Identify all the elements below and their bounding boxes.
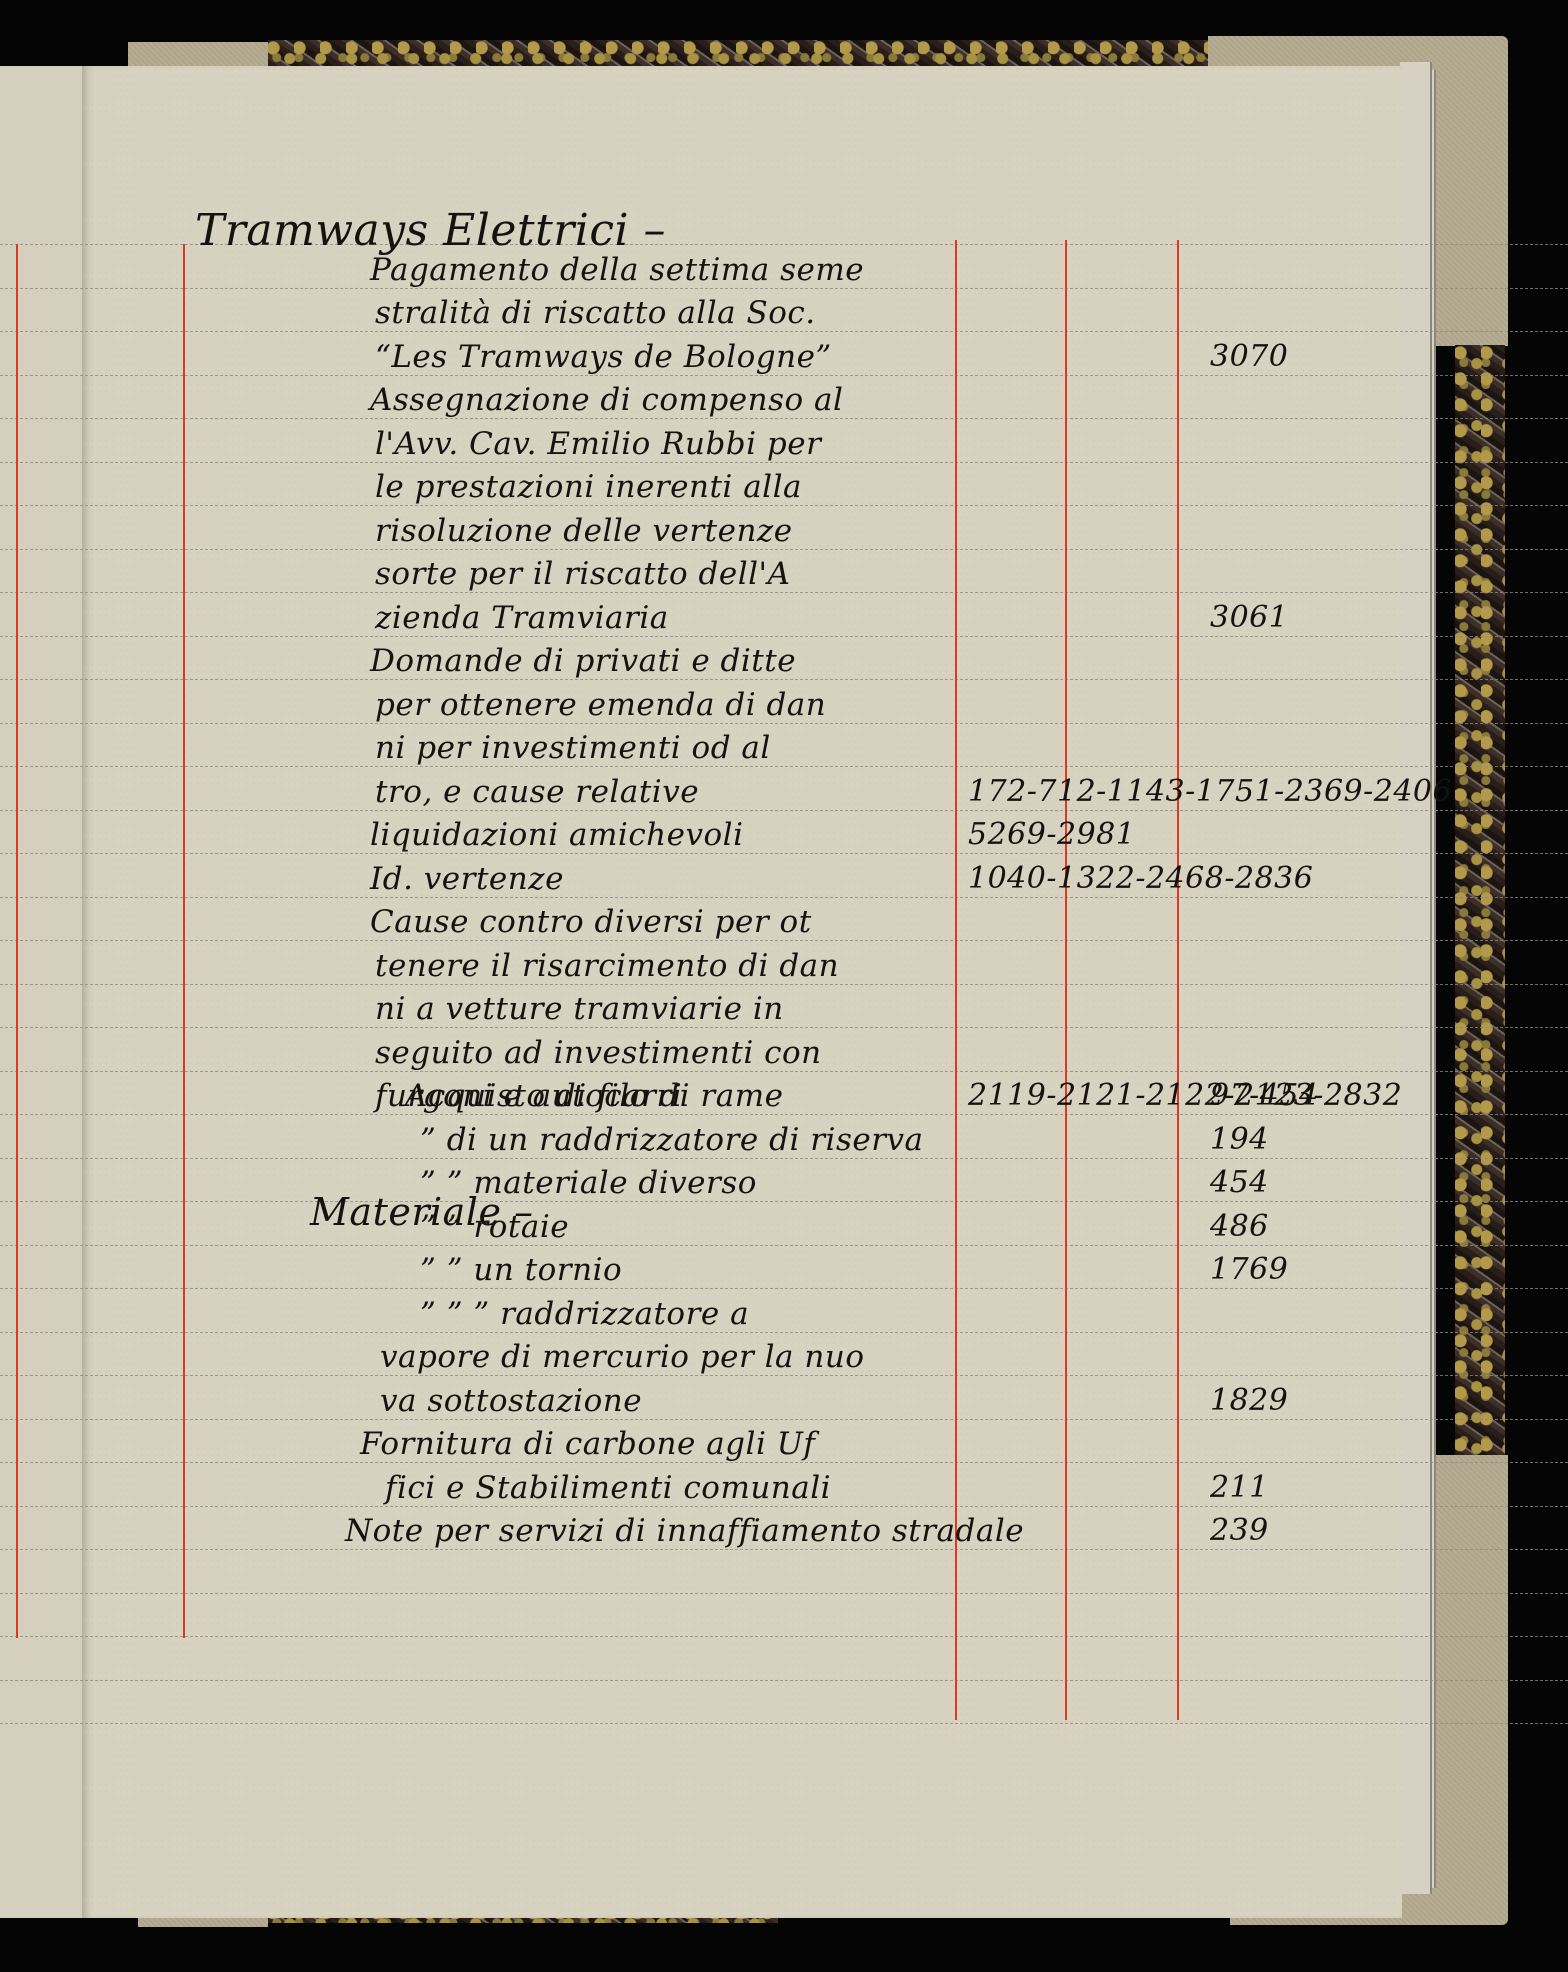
entry-text-line: seguito ad investimenti con [375,1035,822,1071]
entry-text-line: va sottostazione [380,1383,642,1419]
ruled-line [0,1549,1568,1550]
entry-text-line: “Les Tramways de Bologne” [375,339,832,375]
entry-text-line: Id. vertenze [370,861,564,897]
marbled-cover-edge [268,40,1208,66]
ruled-line [0,1245,1568,1246]
entry-text-line: per ottenere emenda di dan [375,687,826,723]
ruled-line [0,1462,1568,1463]
facing-left-page [0,66,84,1918]
ruled-line [0,1419,1568,1420]
ruled-line [0,984,1568,985]
ruled-line [0,636,1568,637]
ruled-line [0,940,1568,941]
reference-numbers: 454 [1210,1165,1269,1200]
entry-text-line: Fornitura di carbone agli Uf [360,1426,815,1462]
entry-text-line: Domande di privati e ditte [370,643,796,679]
ruled-line [0,1593,1568,1594]
entry-text-line: ” di un raddrizzatore di riserva [420,1122,924,1158]
entry-text-line: ” ” materiale diverso [420,1165,757,1201]
ruled-line [0,679,1568,680]
entry-text-line: sorte per il riscatto dell'A [375,556,790,592]
entry-text-line: tenere il risarcimento di dan [375,948,839,984]
entry-text-line: tro, e cause relative [375,774,699,810]
ruled-line [0,505,1568,506]
reference-numbers: 211 [1210,1470,1269,1505]
reference-numbers: 1040-1322-2468-2836 [968,861,1313,896]
entry-text-line: ni per investimenti od al [375,730,771,766]
ruled-line [0,462,1568,463]
reference-numbers: 3061 [1210,600,1288,635]
section-heading: Tramways Elettrici – [195,205,666,256]
ruled-line [0,897,1568,898]
entry-text-line: Cause contro diversi per ot [370,904,812,940]
reference-numbers: 3070 [1210,339,1288,374]
ruled-line [0,1158,1568,1159]
reference-numbers: 1769 [1210,1252,1288,1287]
ruled-line [0,1375,1568,1376]
margin-line [1065,240,1067,1720]
entry-text-line: vapore di mercurio per la nuo [380,1339,864,1375]
ruled-line [0,288,1568,289]
ruled-line [0,853,1568,854]
reference-numbers: 239 [1210,1513,1269,1548]
reference-numbers: 2119-2121-2122-2123-2832 [968,1078,1402,1113]
reference-numbers: 5269-2981 [968,817,1135,852]
reference-numbers: 194 [1210,1122,1269,1157]
ruled-line [0,766,1568,767]
ruled-line [0,331,1568,332]
entry-text-line: zienda Tramviaria [375,600,669,636]
entry-text-line: Assegnazione di compenso al [370,382,843,418]
ruled-line [0,1680,1568,1681]
ruled-line [0,592,1568,593]
margin-line [955,240,957,1720]
ruled-line [0,1114,1568,1115]
ruled-line [0,1201,1568,1202]
entry-text-line: ” ” un tornio [420,1252,622,1288]
ruled-line [0,723,1568,724]
entry-text-line: le prestazioni inerenti alla [375,469,802,505]
ruled-line [0,1332,1568,1333]
entry-text-line: fici e Stabilimenti comunali [385,1470,831,1506]
reference-numbers: 486 [1210,1209,1269,1244]
entry-text-line: liquidazioni amichevoli [370,817,744,853]
entry-text-line: ” ” ” raddrizzatore a [420,1296,749,1332]
page-stack-edge [1400,62,1432,1894]
ruled-line [0,1636,1568,1637]
entry-text-line: Note per servizi di innaffiamento strada… [345,1513,1024,1549]
ruled-line [0,418,1568,419]
entry-text-line: risoluzione delle vertenze [375,513,793,549]
ruled-line [0,1723,1568,1724]
entry-text-line: ” ” rotaie [420,1209,569,1245]
entry-text-line: Pagamento della settima seme [370,252,864,288]
reference-numbers: 97-454 [1210,1078,1319,1113]
ruled-line [0,1506,1568,1507]
margin-line [183,244,185,1638]
ruled-line [0,1288,1568,1289]
entry-text-line: stralità di riscatto alla Soc. [375,295,816,331]
margin-line [1177,240,1179,1720]
ruled-line [0,1027,1568,1028]
ruled-line [0,375,1568,376]
ruled-line [0,549,1568,550]
reference-numbers: 1829 [1210,1383,1288,1418]
reference-numbers: 172-712-1143-1751-2369-2406 [968,774,1452,809]
margin-line [16,244,18,1638]
entry-text-line: ni a vetture tramviarie in [375,991,784,1027]
ruled-line [0,810,1568,811]
entry-text-line: Acquisto di filo di rame [405,1078,783,1114]
entry-text-line: l'Avv. Cav. Emilio Rubbi per [375,426,821,462]
ruled-line [0,1071,1568,1072]
